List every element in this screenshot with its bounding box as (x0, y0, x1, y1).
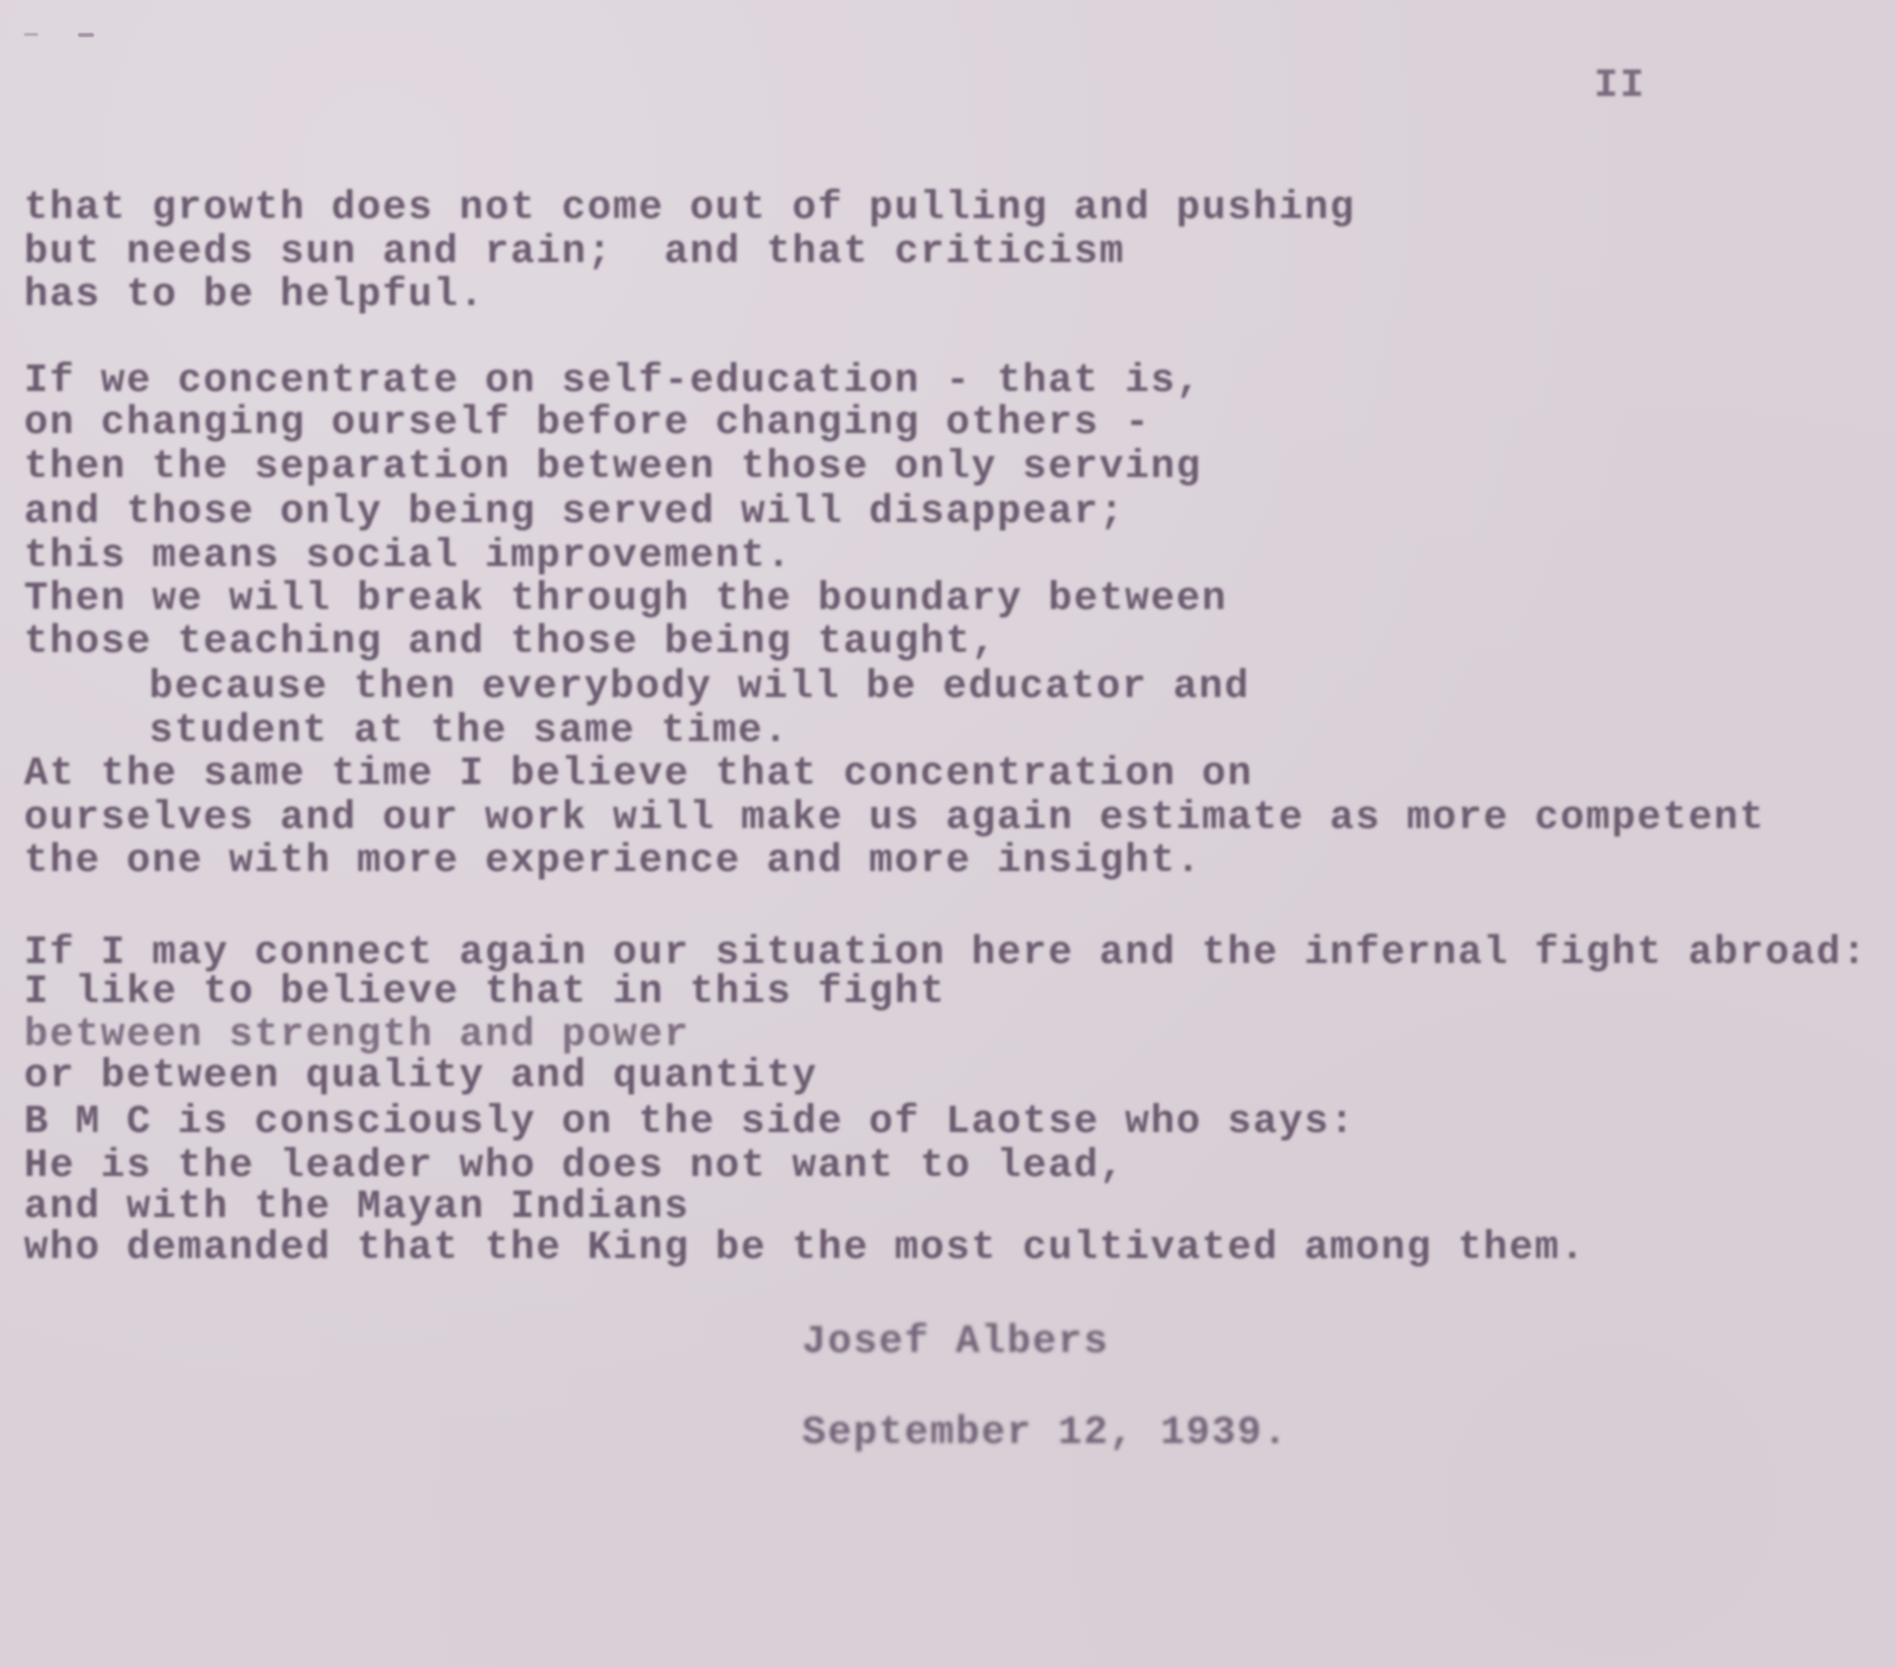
text-line: and with the Mayan Indians (24, 1186, 690, 1230)
text-line-indented: because then everybody will be educator … (149, 666, 1250, 710)
text-line: I like to believe that in this fight (24, 971, 946, 1015)
ink-dash (24, 33, 38, 36)
text-line: At the same time I believe that concentr… (24, 753, 1253, 797)
text-line: the one with more experience and more in… (24, 840, 1202, 884)
text-line: has to be helpful. (24, 274, 485, 318)
text-line: who demanded that the King be the most c… (24, 1227, 1586, 1271)
text-line: but needs sun and rain; and that critici… (24, 231, 1125, 275)
text-line: then the separation between those only s… (24, 446, 1202, 490)
text-line: He is the leader who does not want to le… (24, 1145, 1125, 1189)
text-line: those teaching and those being taught, (24, 621, 997, 665)
signature: Josef Albers (802, 1321, 1109, 1365)
text-line: this means social improvement. (24, 535, 792, 579)
corner-mark (20, 33, 76, 37)
text-line: or between quality and quantity (24, 1055, 818, 1099)
text-line: on changing ourself before changing othe… (24, 402, 1151, 446)
date: September 12, 1939. (802, 1412, 1288, 1456)
text-line: between strength and power (24, 1014, 690, 1058)
page-number: II (1594, 64, 1646, 109)
text-line: and those only being served will disappe… (24, 491, 1125, 535)
text-line: If we concentrate on self-education - th… (24, 360, 1202, 404)
text-line: ourselves and our work will make us agai… (24, 797, 1765, 841)
text-line-indented: student at the same time. (149, 710, 789, 754)
typewritten-page: II that growth does not come out of pull… (0, 0, 1896, 1667)
ink-dash (78, 33, 94, 37)
text-line: Then we will break through the boundary … (24, 578, 1227, 622)
text-line: that growth does not come out of pulling… (24, 187, 1355, 231)
text-line: B M C is consciously on the side of Laot… (24, 1101, 1355, 1145)
